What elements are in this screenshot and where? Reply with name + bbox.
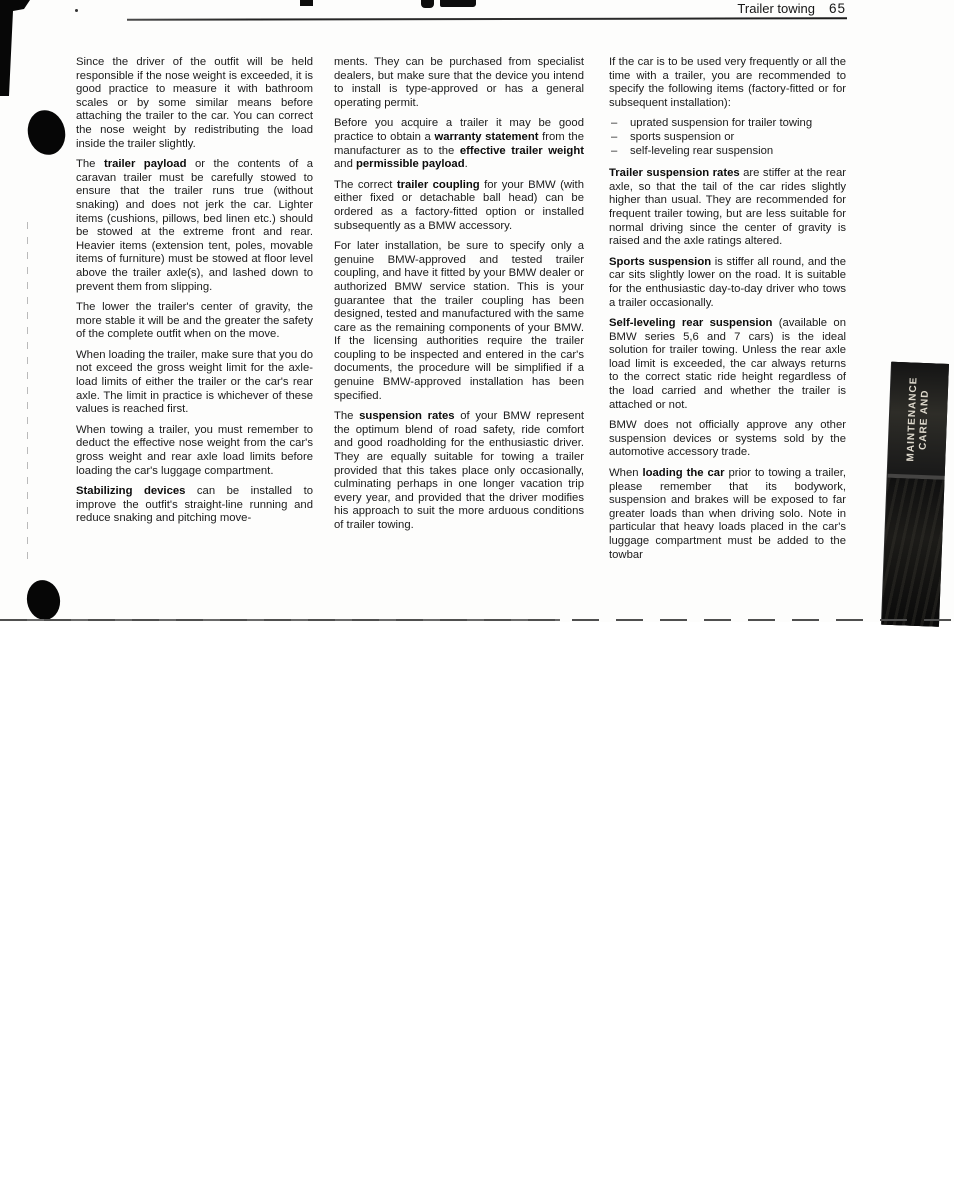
paragraph: Stabilizing devices can be installed to … <box>76 485 313 526</box>
paragraph: Sports suspension is stiffer all round, … <box>609 256 846 310</box>
paragraph: The suspension rates of your BMW represe… <box>334 410 584 532</box>
bold-text-run: trailer coupling <box>397 179 480 191</box>
page-title: Trailer towing <box>737 1 815 16</box>
text-run: The lower the trailer's center of gravit… <box>76 301 313 340</box>
list-dash-marker: – <box>611 117 630 131</box>
paragraph: Self-leveling rear suspension (available… <box>609 317 846 412</box>
chapter-thumb-tab: CARE AND MAINTENANCE <box>882 362 949 627</box>
text-run: Since the driver of the outfit will be h… <box>76 56 313 150</box>
text-run: (available on BMW series 5,6 and 7 cars)… <box>609 317 846 411</box>
top-edge-mark <box>440 0 476 7</box>
paragraph: When towing a trailer, you must remember… <box>76 424 313 478</box>
paragraph: When loading the trailer, make sure that… <box>76 349 313 417</box>
paragraph: ments. They can be purchased from specia… <box>334 56 584 110</box>
text-run: and <box>334 158 356 170</box>
list-item-text: uprated suspension for trailer towing <box>630 117 812 131</box>
list-item: –self-leveling rear suspension <box>611 145 846 159</box>
thumb-tab-label-line1: CARE AND <box>917 389 930 450</box>
text-run: The <box>334 410 359 422</box>
text-run: ments. They can be purchased from specia… <box>334 56 584 109</box>
bold-text-run: Sports suspension <box>609 256 711 268</box>
list-item: –uprated suspension for trailer towing <box>611 117 846 131</box>
bold-text-run: loading the car <box>642 467 724 479</box>
bold-text-run: warranty statement <box>434 131 538 143</box>
list-item-text: self-leveling rear suspension <box>630 145 773 159</box>
paragraph: The trailer payload or the contents of a… <box>76 158 313 294</box>
bold-text-run: trailer payload <box>104 158 187 170</box>
text-run: . <box>465 158 468 170</box>
text-column-middle: ments. They can be purchased from specia… <box>334 56 584 540</box>
paragraph: For later installation, be sure to speci… <box>334 240 584 403</box>
text-run: When <box>609 467 642 479</box>
thumb-tab-lower-block <box>882 478 945 627</box>
manual-page: Trailer towing 65 Since the driver of th… <box>0 0 954 1200</box>
text-run: The correct <box>334 179 397 191</box>
paragraph: If the car is to be used very frequently… <box>609 56 846 110</box>
paragraph: When loading the car prior to towing a t… <box>609 467 846 562</box>
running-header: Trailer towing 65 <box>737 1 846 16</box>
text-run: When towing a trailer, you must remember… <box>76 424 313 477</box>
text-run: prior to towing a trailer, please rememb… <box>609 467 846 561</box>
page-bottom-edge-dashed <box>0 619 954 621</box>
bold-text-run: Stabilizing devices <box>76 485 185 497</box>
list-dash-marker: – <box>611 145 630 159</box>
paragraph: BMW does not officially approve any othe… <box>609 419 846 460</box>
paragraph: Since the driver of the outfit will be h… <box>76 56 313 151</box>
top-edge-mark <box>300 0 313 6</box>
list-dash-marker: – <box>611 131 630 145</box>
bold-text-run: suspension rates <box>359 410 454 422</box>
dash-list: –uprated suspension for trailer towing–s… <box>611 117 846 158</box>
bold-text-run: Self-leveling rear suspension <box>609 317 772 329</box>
thumb-tab-care-maintenance: CARE AND MAINTENANCE <box>888 362 949 476</box>
text-run: of your BMW represent the optimum blend … <box>334 410 584 531</box>
left-margin-fold-line <box>27 222 28 567</box>
paragraph: Before you acquire a trailer it may be g… <box>334 117 584 171</box>
page-number: 65 <box>829 1 846 16</box>
bold-text-run: effective trailer weight <box>460 145 584 157</box>
paragraph: The lower the trailer's center of gravit… <box>76 301 313 342</box>
list-item: –sports suspension or <box>611 131 846 145</box>
text-run: If the car is to be used very frequently… <box>609 56 846 109</box>
list-item-text: sports suspension or <box>630 131 734 145</box>
top-edge-mark <box>421 0 434 8</box>
text-run: For later installation, be sure to speci… <box>334 240 584 402</box>
text-column-right: If the car is to be used very frequently… <box>609 56 846 569</box>
header-dot-artifact <box>75 9 78 12</box>
text-run: When loading the trailer, make sure that… <box>76 349 313 415</box>
thumb-tab-label: CARE AND MAINTENANCE <box>905 376 932 462</box>
text-run: BMW does not officially approve any othe… <box>609 419 846 458</box>
text-run: or the contents of a caravan trailer mus… <box>76 158 313 292</box>
text-column-left: Since the driver of the outfit will be h… <box>76 56 313 533</box>
paragraph: Trailer suspension rates are stiffer at … <box>609 167 846 249</box>
paragraph: The correct trailer coupling for your BM… <box>334 179 584 233</box>
thumb-tab-label-line2: MAINTENANCE <box>905 376 919 461</box>
text-run: The <box>76 158 104 170</box>
bold-text-run: permissible payload <box>356 158 465 170</box>
bold-text-run: Trailer suspension rates <box>609 167 740 179</box>
